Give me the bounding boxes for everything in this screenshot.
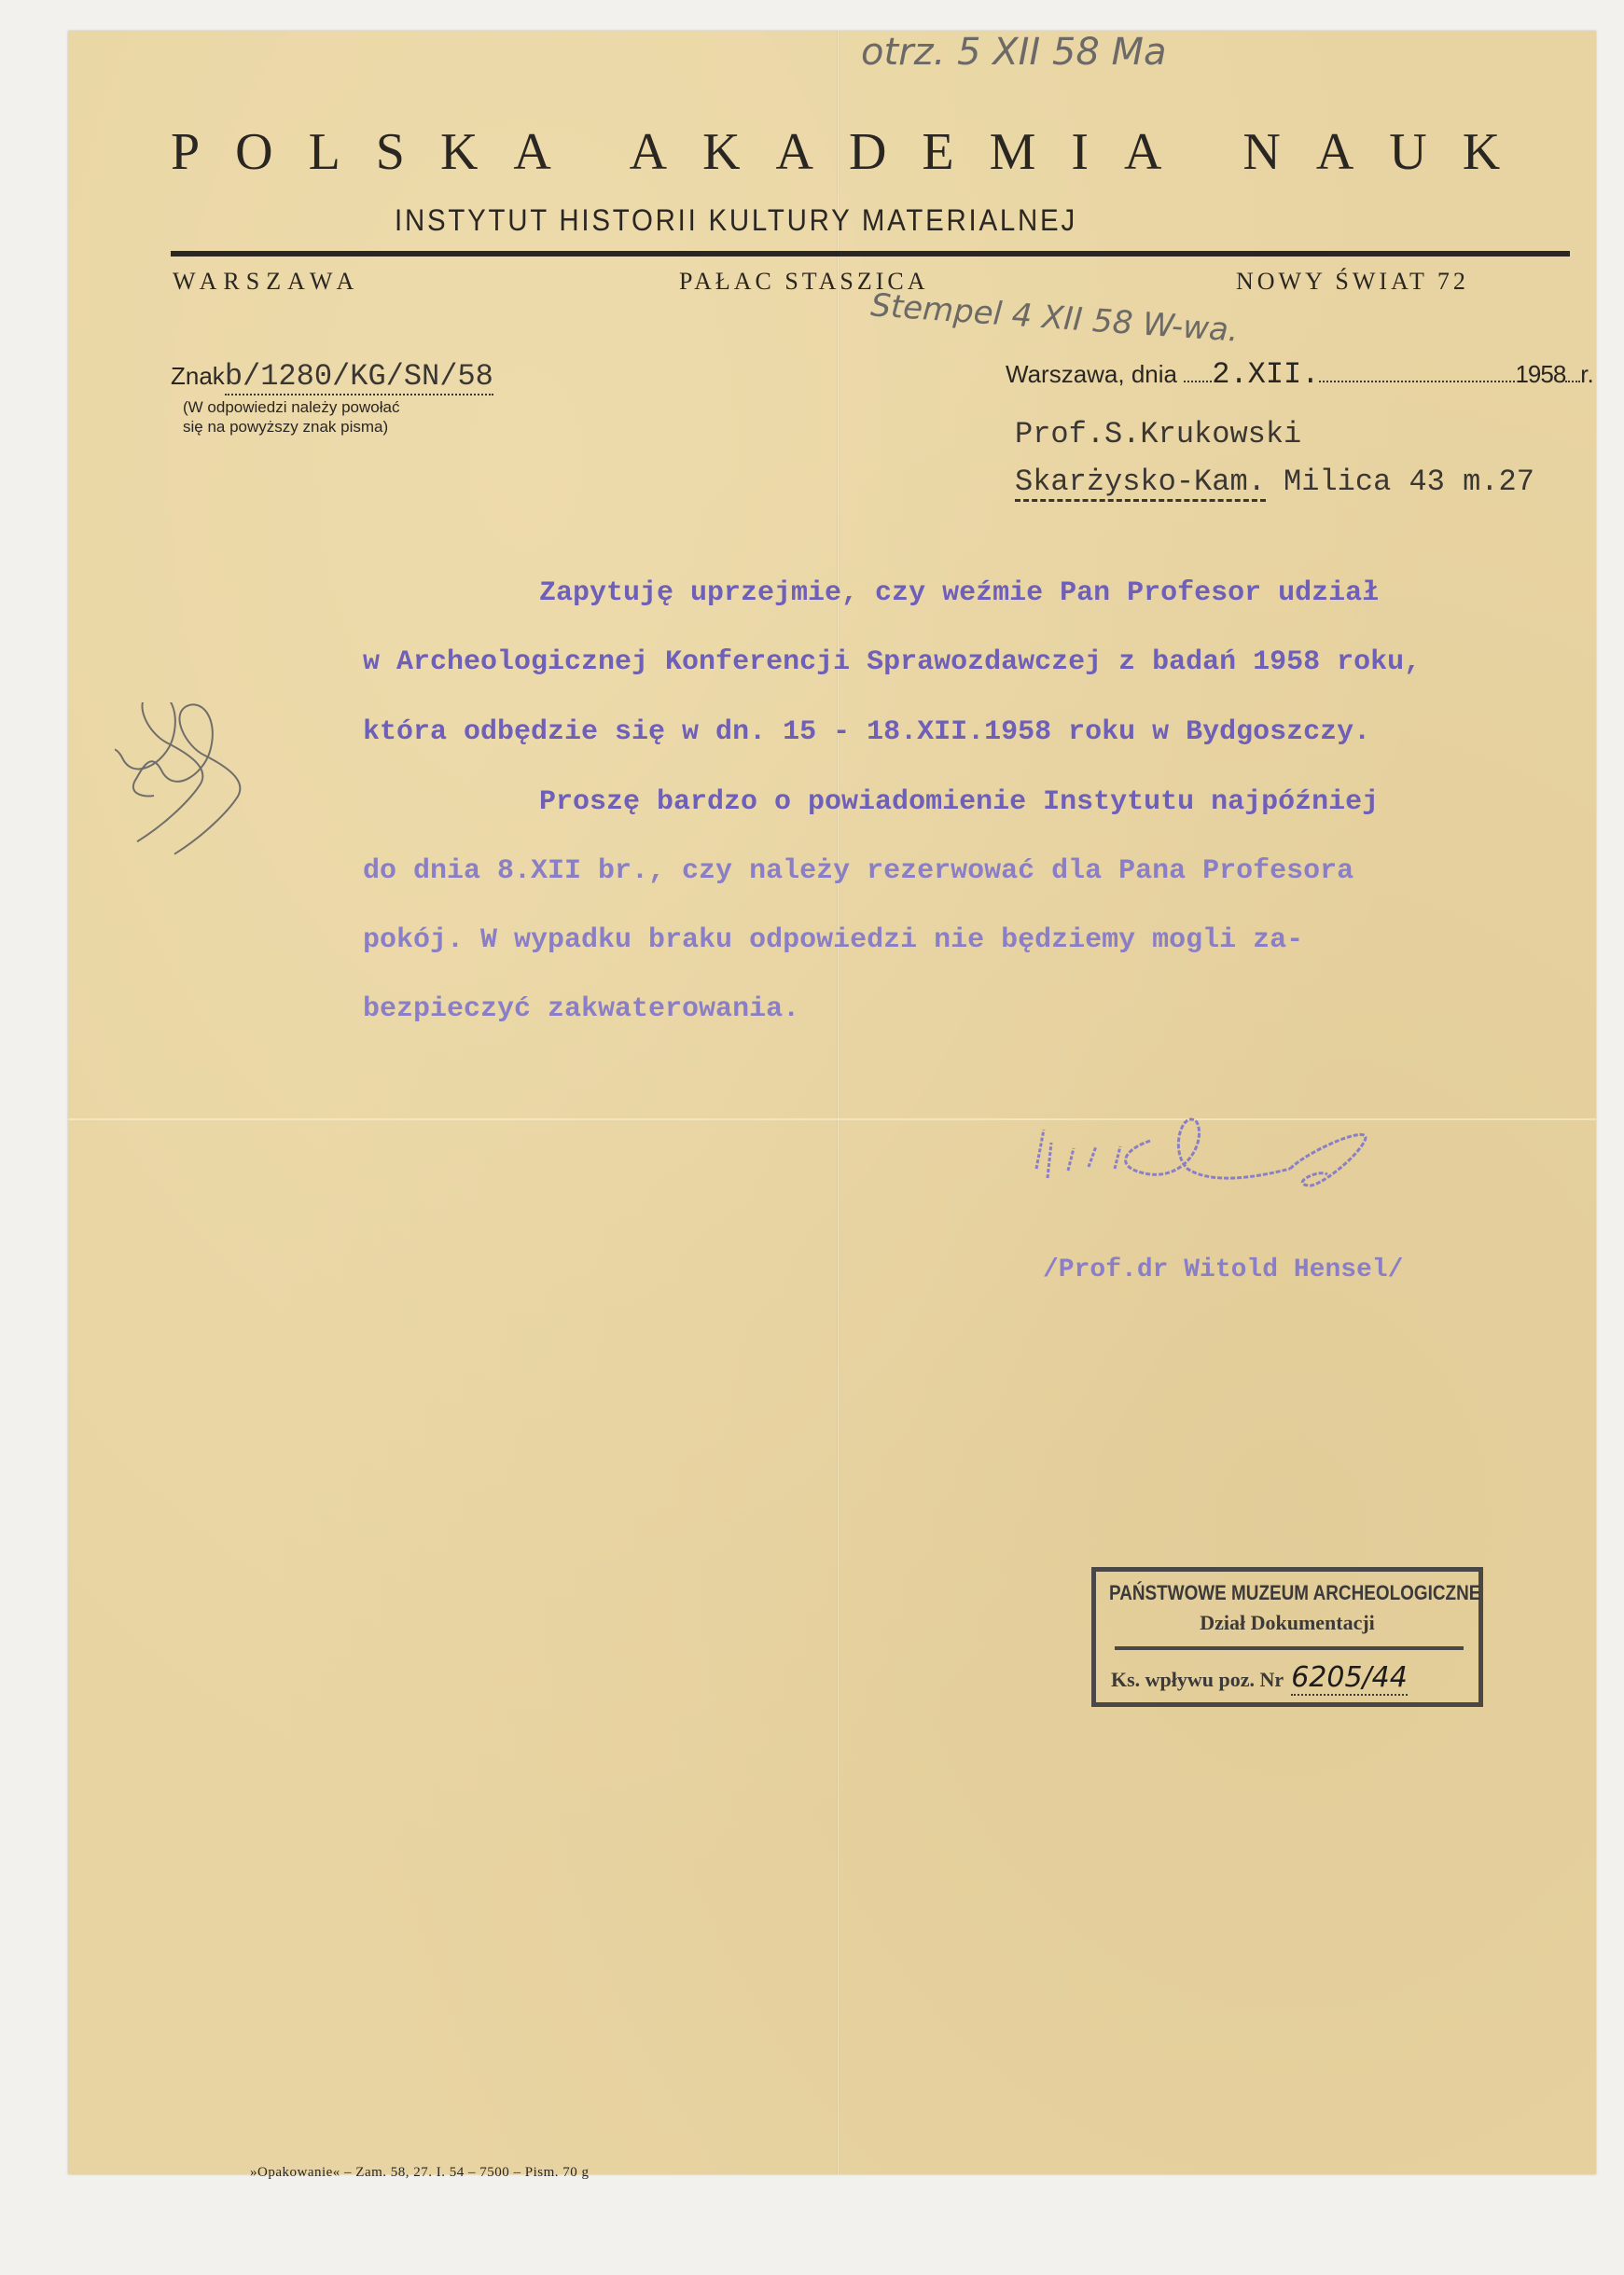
reference-note-line1: (W odpowiedzi należy powołać [183,397,399,417]
letterhead-street: NOWY ŚWIAT 72 [1236,268,1469,296]
addressee-street: Milica 43 m.27 [1266,465,1534,499]
stamp-divider [1115,1646,1464,1650]
stamp-entry-label: Ks. wpływu poz. Nr [1111,1668,1284,1691]
stamp-entry-number: 6205/44 [1291,1661,1408,1696]
body-line-6: pokój. W wypadku braku odpowiedzi nie bę… [363,924,1303,956]
handwritten-signature [1010,1113,1402,1206]
signatory-typed-name: /Prof.dr Witold Hensel/ [1043,1255,1403,1284]
date-year: 1958 [1515,360,1565,388]
body-line-4: Proszę bardzo o powiadomienie Instytutu … [539,786,1379,818]
date-line: Warszawa, dnia 2.XII.1958r. [1006,357,1594,392]
date-suffix: r. [1580,360,1593,388]
addressee-name: Prof.S.Krukowski [1015,417,1301,451]
pencil-received-note: otrz. 5 XII 58 Ma [861,31,1167,74]
body-line-2: w Archeologicznej Konferencji Sprawozdaw… [363,646,1421,678]
addressee-address: Skarżysko-Kam. Milica 43 m.27 [1015,465,1534,499]
body-line-5: do dnia 8.XII br., czy należy rezerwować… [363,855,1353,887]
stamp-institution: PAŃSTWOWE MUZEUM ARCHEOLOGICZNE [1109,1581,1480,1605]
reference-note-line2: się na powyższy znak pisma) [183,417,399,437]
letter-sheet: otrz. 5 XII 58 Ma POLSKA AKADEMIA NAUK I… [68,31,1596,2174]
vertical-fold-line [837,31,840,2174]
institute-subtitle: INSTYTUT HISTORII KULTURY MATERIALNEJ [395,203,1077,238]
letterhead-city: WARSZAWA [173,268,360,296]
printer-footer-note: »Opakowanie« – Zam. 58, 27. I. 54 – 7500… [250,2165,590,2181]
body-line-7: bezpieczyć zakwaterowania. [363,993,799,1025]
reference-note: (W odpowiedzi należy powołać się na powy… [183,397,399,437]
date-prefix: Warszawa, dnia [1006,360,1177,388]
body-line-3: która odbędzie się w dn. 15 - 18.XII.195… [363,716,1370,748]
date-day-month: 2.XII. [1212,357,1319,392]
reference-number: Znakb/1280/KG/SN/58 [171,359,493,394]
organization-title: POLSKA AKADEMIA NAUK [171,122,1535,182]
pencil-stamp-note: Stempel 4 XII 58 W-wa. [869,286,1240,349]
letterhead-divider [171,251,1570,257]
reference-value: b/1280/KG/SN/58 [225,359,493,395]
museum-registration-stamp: PAŃSTWOWE MUZEUM ARCHEOLOGICZNE Dział Do… [1091,1567,1483,1707]
body-line-1: Zapytuję uprzejmie, czy weźmie Pan Profe… [539,577,1379,609]
stamp-department: Dział Dokumentacji [1096,1611,1478,1635]
reference-label: Znak [171,362,225,390]
addressee-town: Skarżysko-Kam. [1015,465,1266,502]
pencil-scribble-mark [115,702,301,889]
stamp-entry-line: Ks. wpływu poz. Nr6205/44 [1111,1661,1408,1694]
